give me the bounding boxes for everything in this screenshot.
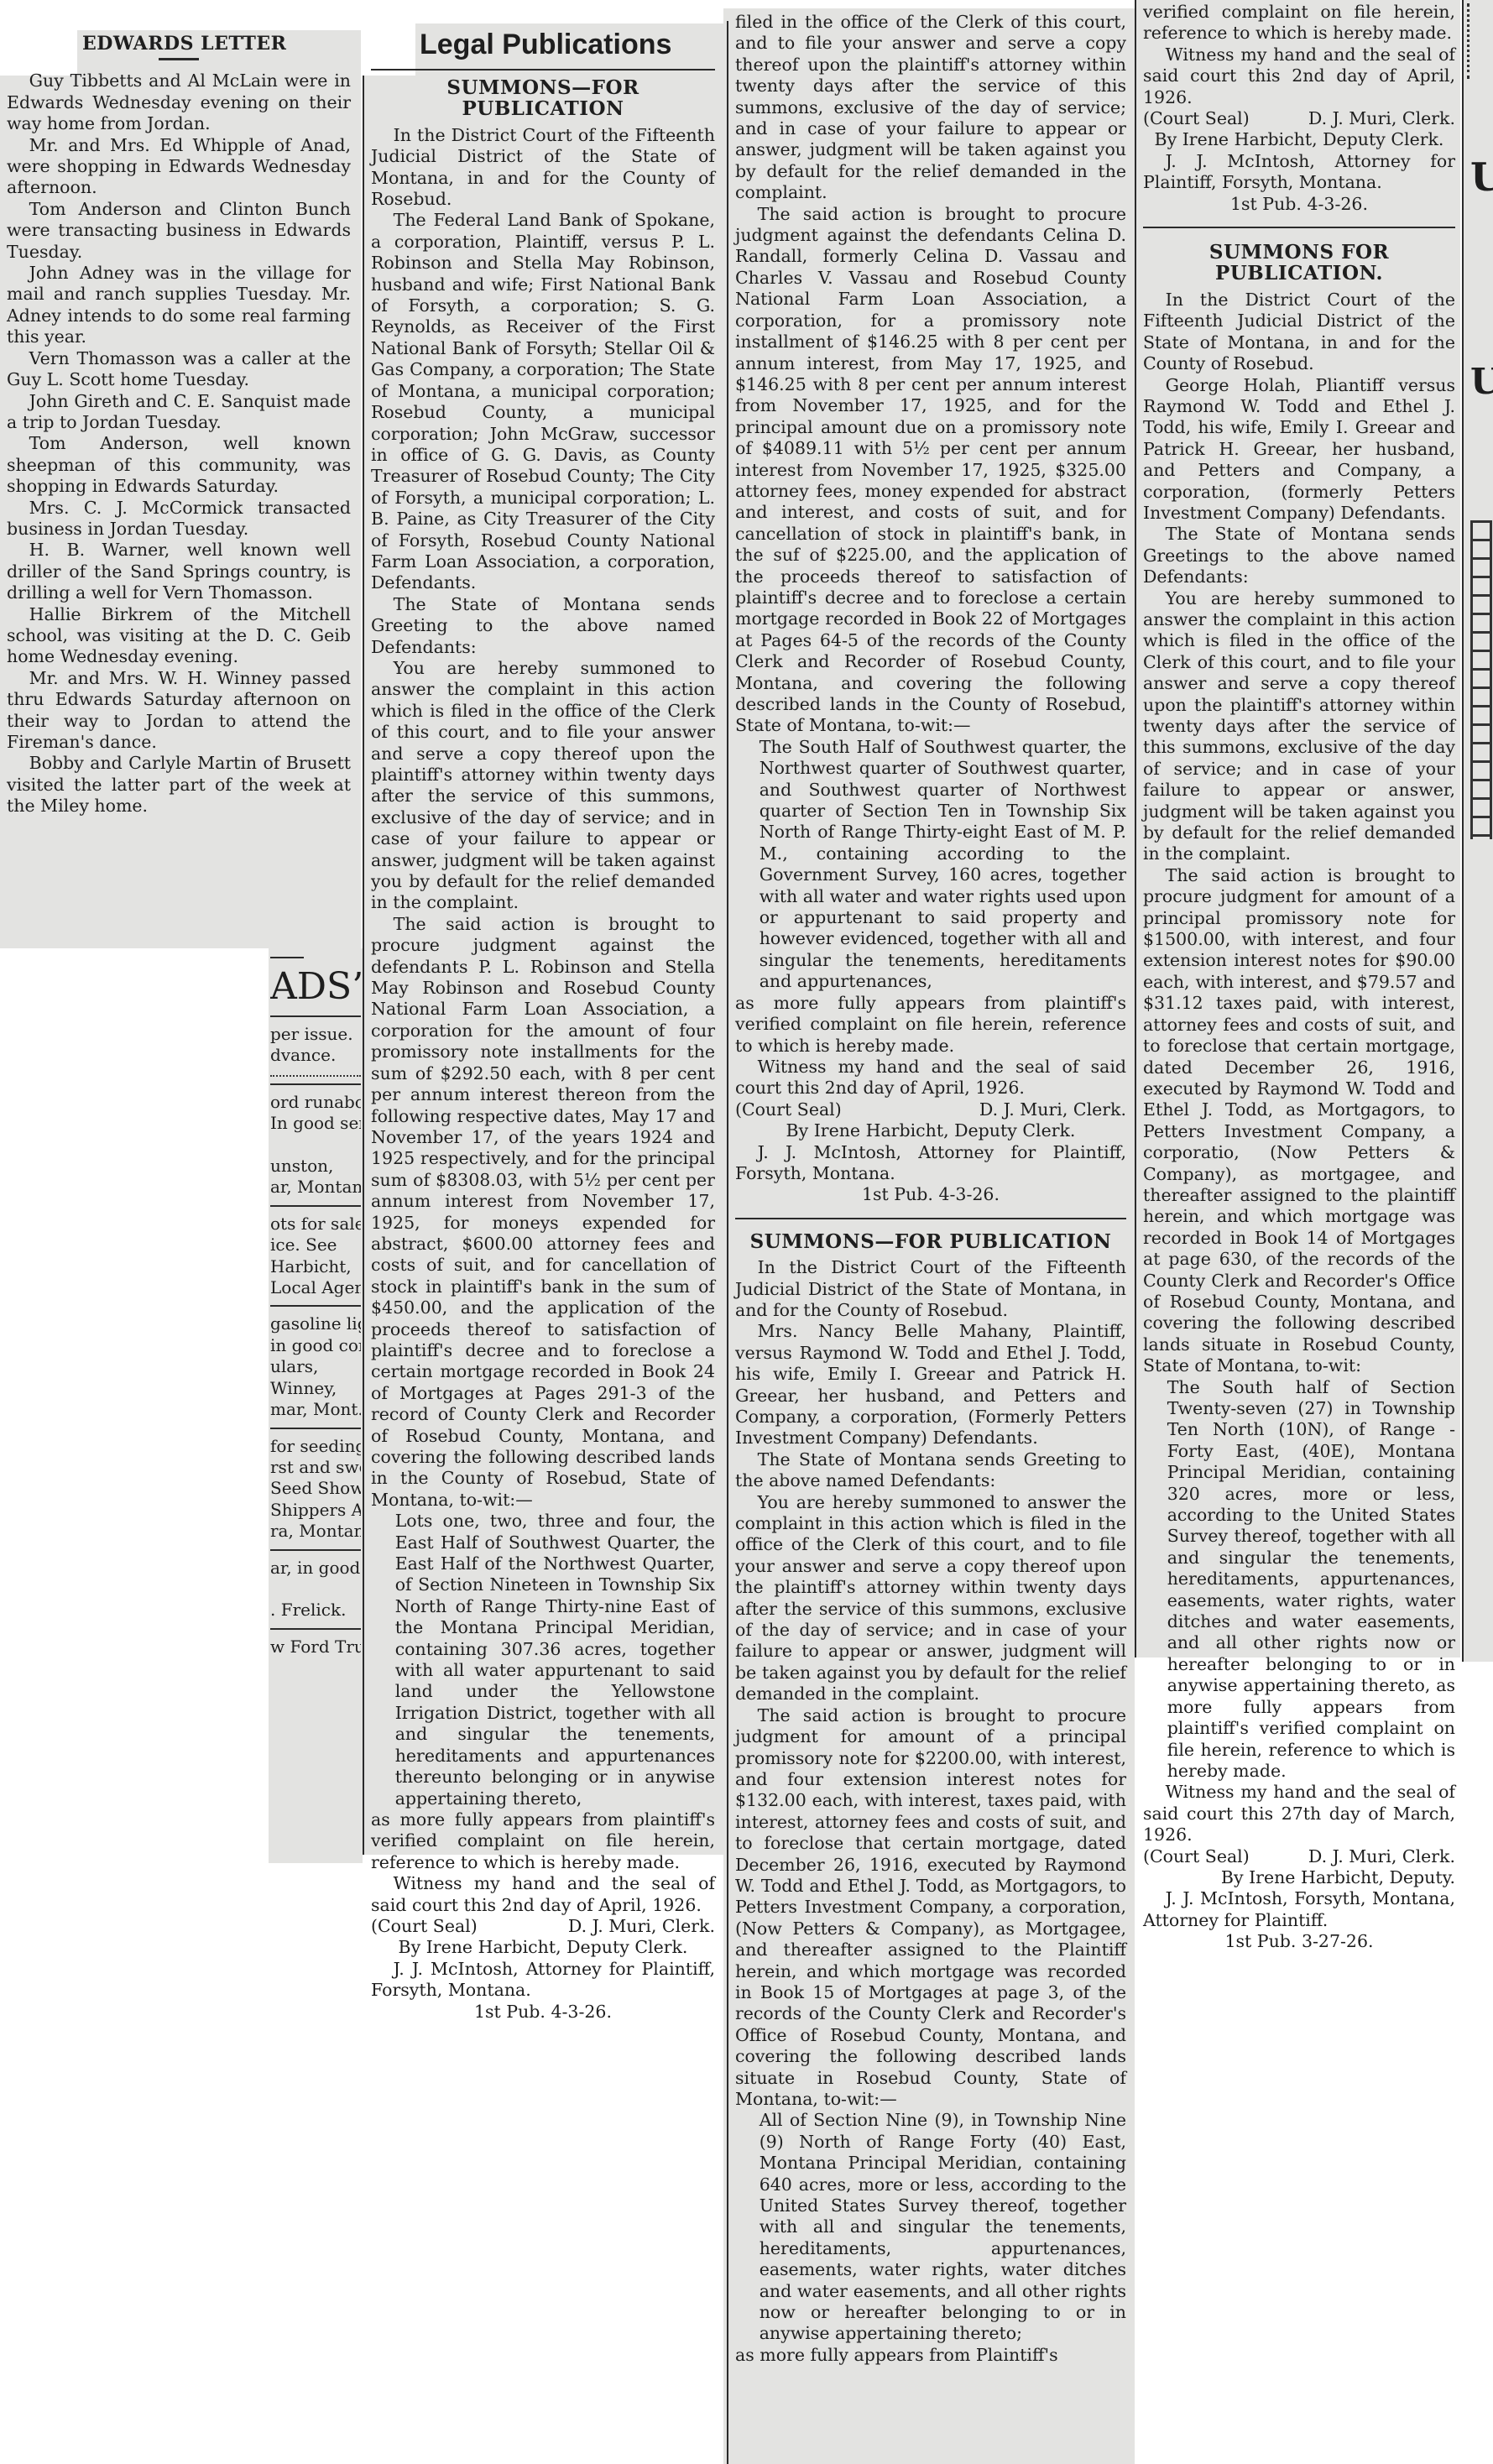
ad-line: rst and sweep- [270,1457,361,1478]
clerk-signature: D. J. Muri, Clerk. [1308,1846,1455,1867]
notice-heading: SUMMONS—FOR PUBLICATION [735,1231,1126,1252]
legal-column-3: verified complaint on file herein, refer… [1143,2,1455,1953]
ad-line: for seeding at [270,1436,361,1457]
publication-date: 1st Pub. 4-3-26. [1143,194,1455,215]
ad-line: ice. See [270,1235,361,1255]
news-item: Bobby and Carlyle Martin of Brusett visi… [7,753,351,817]
notice-lands: All of Section Nine (9), in Township Nin… [735,2110,1126,2344]
ad-line: mar, Mont. [270,1399,361,1420]
notice-reference: as more fully appears from plaintiff's v… [735,993,1126,1057]
classified-ads-title: ADS” [270,965,361,1009]
column-rule [1462,0,1464,1662]
ad-line: Winney, [270,1378,361,1399]
divider [270,1015,361,1017]
divider [270,957,304,958]
notice-action: The said action is brought to procure ju… [1143,865,1455,1377]
classified-ad: ord runaboutIn good serv- unston,ar, Mon… [270,1092,361,1198]
news-item: Tom Anderson, well known sheepman of thi… [7,433,351,497]
fragment-letter: U [1470,361,1493,402]
ad-line: ar, Montana. [270,1177,361,1198]
ad-line: ulars, [270,1356,361,1377]
divider [1143,227,1455,228]
ad-line: Seed Show. [270,1478,361,1499]
title-rule [159,58,199,60]
notice-greeting: The State of Montana sends Greeting to t… [735,1449,1126,1492]
divider [371,69,715,70]
news-item: Vern Thomasson was a caller at the Guy L… [7,348,351,391]
ad-line: ra, Montana. [270,1521,361,1542]
rate-line: per issue. [270,1024,361,1045]
ad-line: Harbicht, [270,1256,361,1277]
deputy-signature: By Irene Harbicht, Deputy Clerk. [371,1937,715,1958]
notice-summons: You are hereby summoned to answer the co… [1143,588,1455,865]
notice-summons: You are hereby summoned to answer the co… [371,658,715,914]
clerk-signature: D. J. Muri, Clerk. [568,1916,715,1937]
notice-parties: Mrs. Nancy Belle Mahany, Plaintiff, vers… [735,1321,1126,1449]
attorney-line: J. J. McIntosh, Attorney for Plaintiff, … [735,1142,1126,1185]
clerk-signature: D. J. Muri, Clerk. [1308,108,1455,129]
attorney-line: J. J. McIntosh, Attorney for Plaintiff, … [1143,151,1455,194]
ad-line: unston, [270,1156,361,1177]
ad-line: ar, in good con- [270,1558,361,1579]
divider [270,1628,361,1630]
notice-greeting: The State of Montana sends Greeting to t… [371,594,715,658]
classified-ads-fragment: ADS” per issue. dvance. ord runaboutIn g… [270,957,361,1657]
classified-ad: ots for sale atice. SeeHarbicht,Local Ag… [270,1214,361,1299]
notice-parties: The Federal Land Bank of Spokane, a corp… [371,210,715,593]
publication-date: 1st Pub. 4-3-26. [735,1184,1126,1205]
notice-seal-line: (Court Seal) D. J. Muri, Clerk. [371,1916,715,1937]
edwards-letter-column: EDWARDS LETTER Guy Tibbetts and Al McLai… [7,32,351,817]
publication-date: 1st Pub. 4-3-26. [371,2002,715,2023]
court-seal: (Court Seal) [735,1099,842,1120]
notice-action: The said action is brought to procure ju… [735,1705,1126,2111]
deputy-signature: By Irene Harbicht, Deputy. [1143,1867,1455,1888]
divider [270,1205,361,1207]
column-rule [727,21,728,2464]
ad-line: In good serv- [270,1113,361,1134]
notice-heading: SUMMONS FOR PUBLICATION. [1143,242,1455,285]
publication-date: 1st Pub. 3-27-26. [1143,1931,1455,1952]
classified-ad: ar, in good con- . Frelick. [270,1558,361,1621]
news-item: Tom Anderson and Clinton Bunch were tran… [7,199,351,263]
notice-witness: Witness my hand and the seal of said cou… [371,1873,715,1916]
news-item: John Gireth and C. E. Sanquist made a tr… [7,391,351,434]
ad-line: . Frelick. [270,1600,361,1621]
notice-seal-line: (Court Seal) D. J. Muri, Clerk. [1143,1846,1455,1867]
column-rule [363,76,364,1855]
ad-line: w Ford Truck [270,1637,361,1657]
news-item: Hallie Birkrem of the Mitchell school, w… [7,604,351,668]
ad-line: gasoline light- [270,1313,361,1334]
notice-reference: as more fully appears from plaintiff's v… [371,1809,715,1873]
attorney-line: J. J. McIntosh, Forsyth, Montana, Attorn… [1143,1888,1455,1931]
notice-greeting: The State of Montana sends Greetings to … [1143,524,1455,587]
wavy-divider [270,1067,361,1077]
notice-heading: SUMMONS—FOR PUBLICATION [371,77,715,120]
notice-reference: as more fully appears from Plaintiff's [735,2345,1126,2366]
ad-line: in good condi- [270,1335,361,1356]
court-seal: (Court Seal) [1143,108,1250,129]
classified-ad: for seeding atrst and sweep-Seed Show.Sh… [270,1436,361,1543]
ornament-icon [1467,3,1481,79]
ad-line: ots for sale at [270,1214,361,1235]
news-item: Mrs. C. J. McCormick transacted business… [7,498,351,540]
attorney-line: J. J. McIntosh, Attorney for Plaintiff, … [371,1959,715,2002]
notice-court: In the District Court of the Fifteenth J… [1143,290,1455,375]
legal-publications-masthead: Legal Publications [371,25,715,64]
notice-action: The said action is brought to procure ju… [371,914,715,1511]
notice-court: In the District Court of the Fifteenth J… [735,1257,1126,1321]
notice-summons: filed in the office of the Clerk of this… [735,12,1126,204]
ad-line [270,1579,361,1600]
ad-line: Shippers Ass'n. [270,1500,361,1521]
classified-ad: w Ford Truck [270,1637,361,1657]
notice-summons: You are hereby summoned to answer the co… [735,1492,1126,1705]
notice-court: In the District Court of the Fifteenth J… [371,125,715,211]
notice-action: The said action is brought to procure ju… [735,204,1126,737]
notice-parties: George Holah, Pliantiff versus Raymond W… [1143,375,1455,525]
news-item: John Adney was in the village for mail a… [7,263,351,348]
notice-reference: verified complaint on file herein, refer… [1143,2,1455,44]
column-rule [1135,0,1136,1657]
news-item: H. B. Warner, well known well driller of… [7,540,351,603]
divider [270,1305,361,1307]
clerk-signature: D. J. Muri, Clerk. [979,1099,1126,1120]
notice-lands: The South Half of Southwest quarter, the… [735,737,1126,993]
court-seal: (Court Seal) [371,1916,478,1937]
divider [735,1218,1126,1219]
deputy-signature: By Irene Harbicht, Deputy Clerk. [735,1120,1126,1141]
notice-seal-line: (Court Seal) D. J. Muri, Clerk. [1143,108,1455,129]
notice-witness: Witness my hand and the seal of said cou… [1143,44,1455,108]
news-item: Guy Tibbetts and Al McLain were in Edwar… [7,70,351,134]
divider [270,1549,361,1551]
fragment-letter: U [1470,154,1493,200]
notice-witness: Witness my hand and the seal of said cou… [1143,1782,1455,1845]
ornamental-border-icon [1470,520,1492,839]
ads-list: ord runaboutIn good serv- unston,ar, Mon… [270,1092,361,1657]
rate-line: dvance. [270,1045,361,1066]
news-item: Mr. and Mrs. Ed Whipple of Anad, were sh… [7,135,351,199]
legal-column-2: filed in the office of the Clerk of this… [735,12,1126,2366]
court-seal: (Court Seal) [1143,1846,1250,1867]
notice-seal-line: (Court Seal) D. J. Muri, Clerk. [735,1099,1126,1120]
ad-line: Local Agent. [270,1277,361,1298]
deputy-signature: By Irene Harbicht, Deputy Clerk. [1143,129,1455,150]
ad-line: ord runabout [270,1092,361,1113]
divider [270,1428,361,1429]
legal-column-1: Legal Publications SUMMONS—FOR PUBLICATI… [371,25,715,2023]
news-item: Mr. and Mrs. W. H. Winney passed thru Ed… [7,668,351,754]
divider [270,1083,361,1085]
classified-ad: gasoline light-in good condi-ulars,Winne… [270,1313,361,1420]
ad-line [270,1135,361,1156]
notice-lands: The South half of Section Twenty-seven (… [1143,1377,1455,1783]
notice-witness: Witness my hand and the seal of said cou… [735,1057,1126,1099]
notice-lands: Lots one, two, three and four, the East … [371,1511,715,1809]
edwards-letter-title: EDWARDS LETTER [7,34,351,55]
